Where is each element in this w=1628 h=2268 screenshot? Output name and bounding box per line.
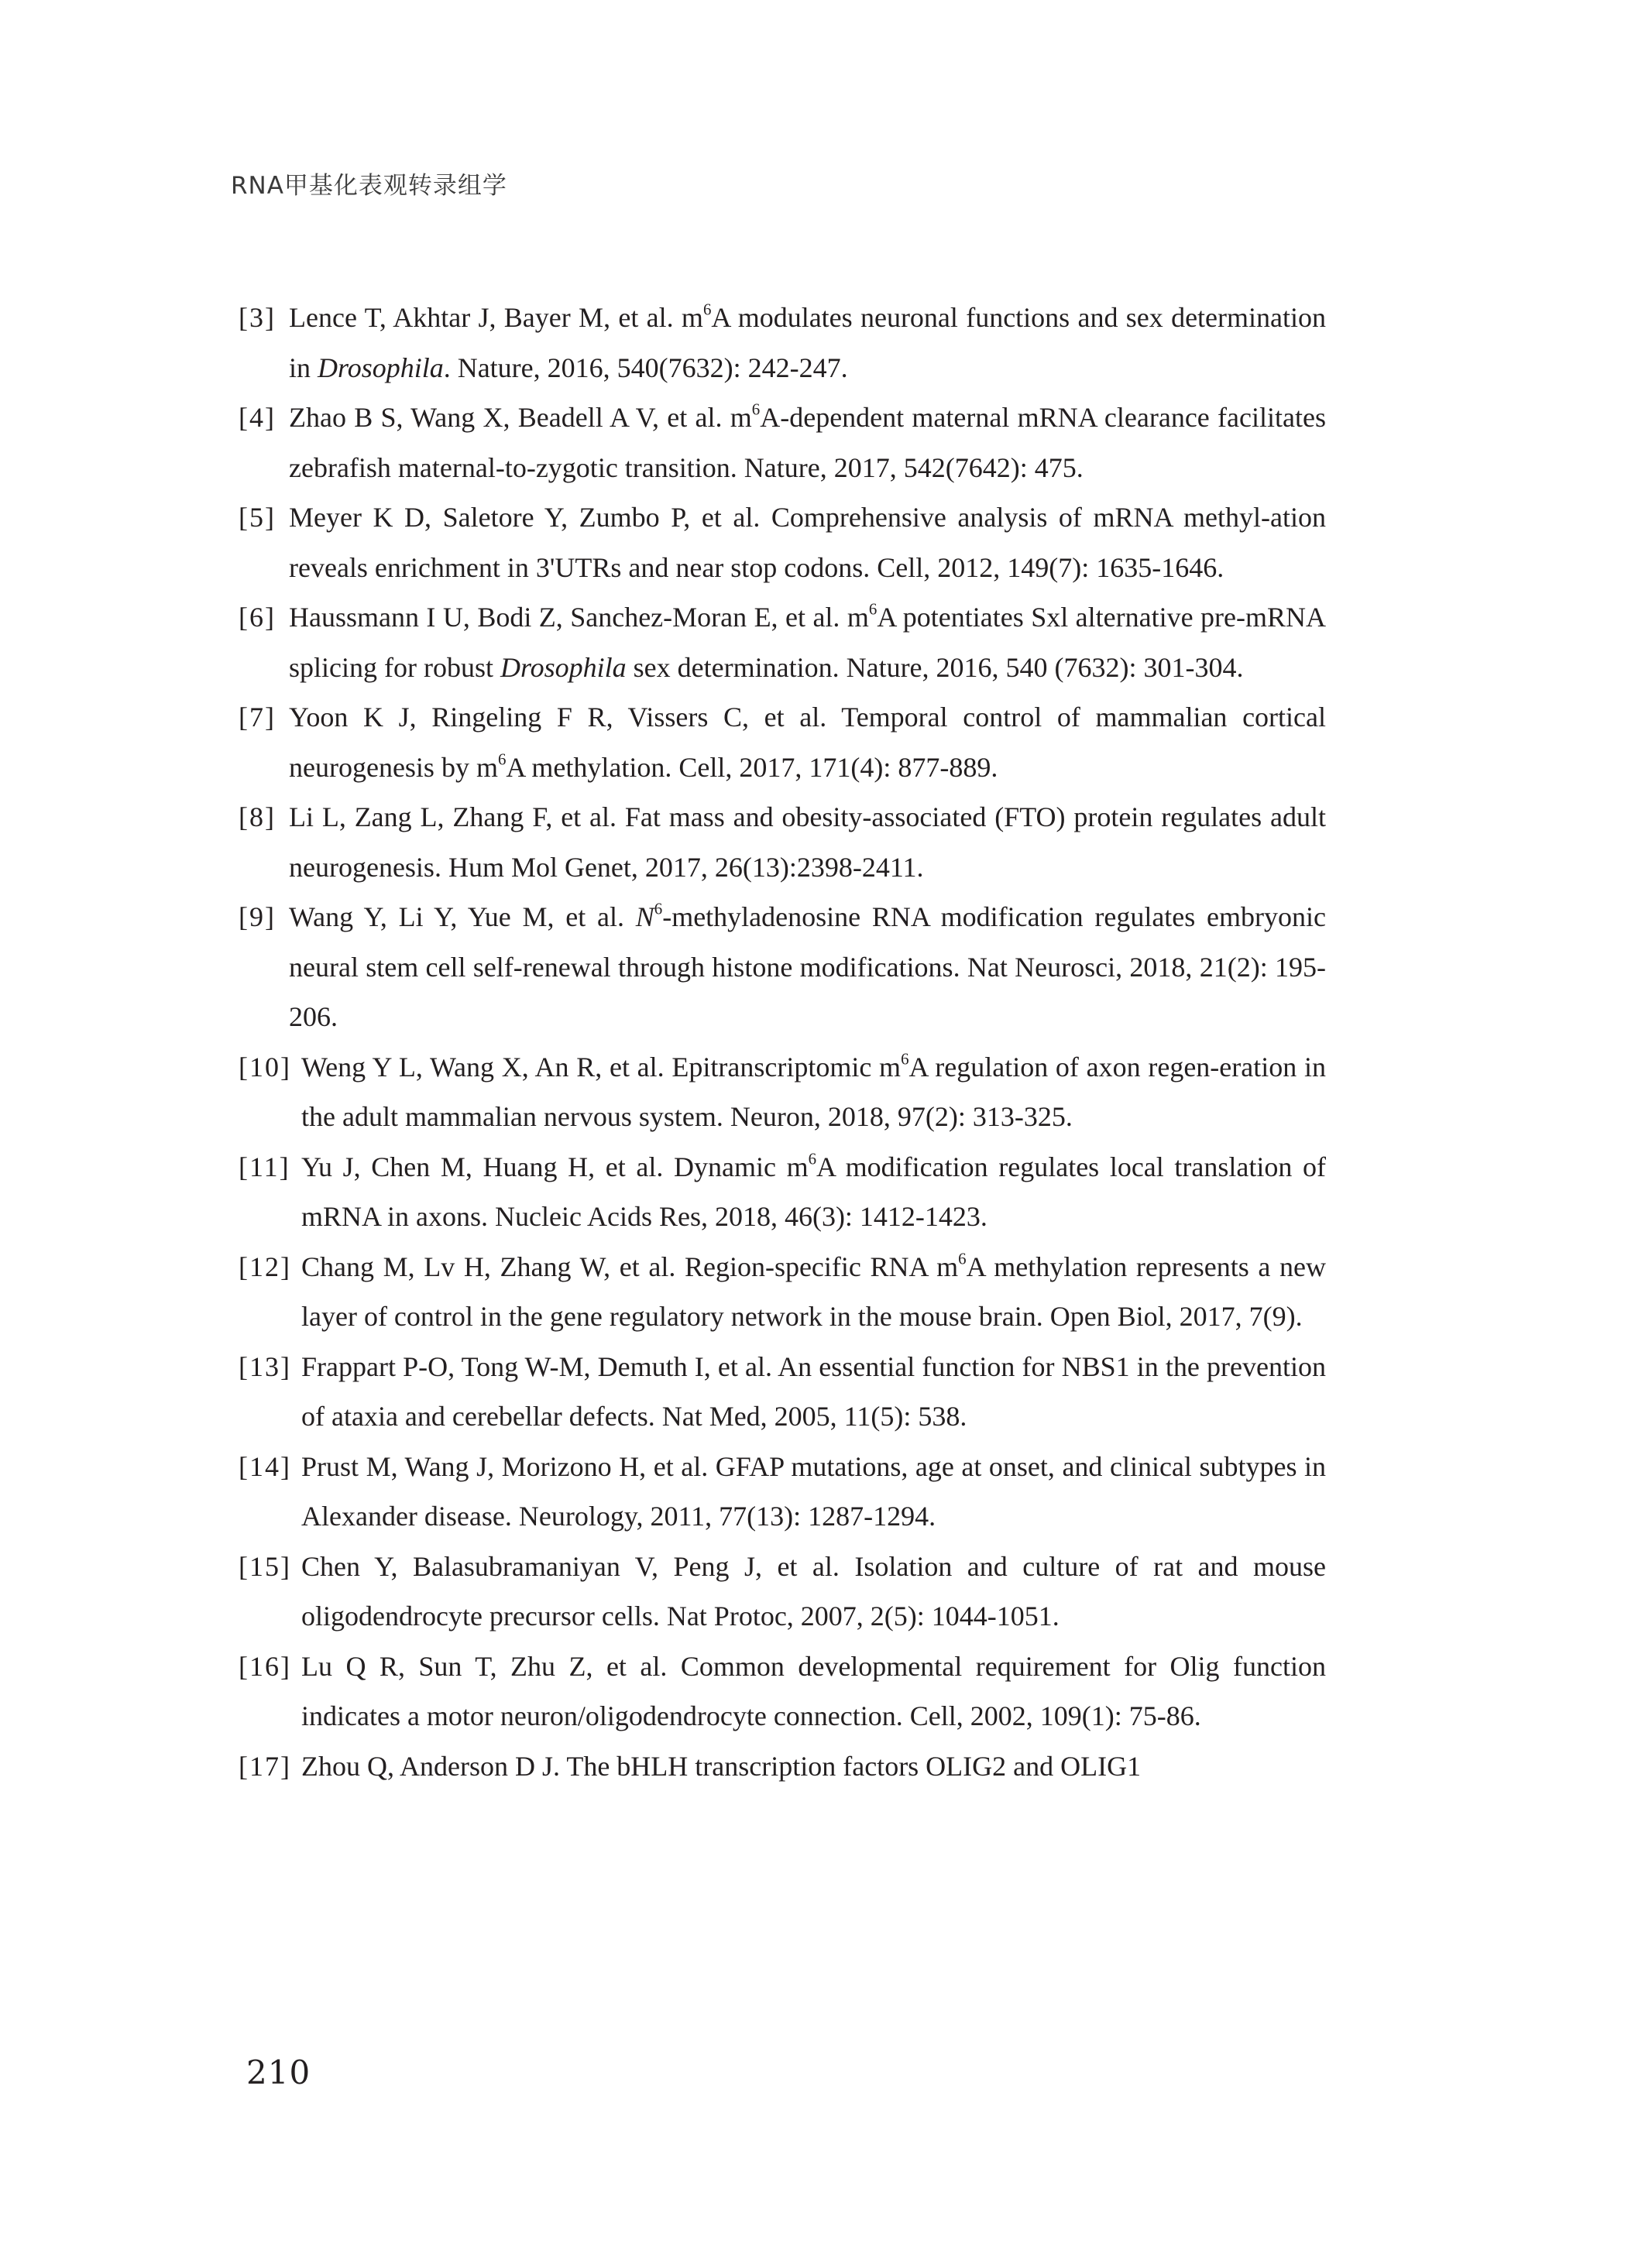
- reference-number: [15]: [239, 1542, 291, 1592]
- reference-text: Weng Y L, Wang X, An R, et al. Epitransc…: [301, 1042, 1326, 1142]
- reference-text: Yu J, Chen M, Huang H, et al. Dynamic m6…: [301, 1142, 1326, 1242]
- reference-item: [14] Prust M, Wang J, Morizono H, et al.…: [239, 1442, 1326, 1542]
- reference-text: Haussmann I U, Bodi Z, Sanchez-Moran E, …: [289, 592, 1326, 692]
- reference-item: [3] Lence T, Akhtar J, Bayer M, et al. m…: [239, 293, 1326, 393]
- running-head-title: RNA甲基化表观转录组学: [231, 166, 507, 201]
- reference-item: [13] Frappart P-O, Tong W-M, Demuth I, e…: [239, 1342, 1326, 1442]
- reference-number: [6]: [239, 592, 276, 643]
- reference-number: [7]: [239, 692, 276, 743]
- reference-item: [10] Weng Y L, Wang X, An R, et al. Epit…: [239, 1042, 1326, 1142]
- reference-list: [3] Lence T, Akhtar J, Bayer M, et al. m…: [239, 293, 1326, 1791]
- reference-text: Li L, Zang L, Zhang F, et al. Fat mass a…: [289, 792, 1326, 892]
- reference-text: Zhou Q, Anderson D J. The bHLH transcrip…: [301, 1741, 1326, 1792]
- reference-number: [12]: [239, 1242, 291, 1292]
- reference-item: [9] Wang Y, Li Y, Yue M, et al. N6-methy…: [239, 892, 1326, 1042]
- reference-text: Lence T, Akhtar J, Bayer M, et al. m6A m…: [289, 293, 1326, 393]
- reference-number: [11]: [239, 1142, 290, 1192]
- reference-number: [14]: [239, 1442, 291, 1492]
- reference-text: Frappart P-O, Tong W-M, Demuth I, et al.…: [301, 1342, 1326, 1442]
- reference-number: [8]: [239, 792, 276, 842]
- reference-item: [16] Lu Q R, Sun T, Zhu Z, et al. Common…: [239, 1642, 1326, 1741]
- reference-item: [15] Chen Y, Balasubramaniyan V, Peng J,…: [239, 1542, 1326, 1642]
- reference-number: [13]: [239, 1342, 291, 1392]
- reference-number: [3]: [239, 293, 276, 343]
- reference-text: Meyer K D, Saletore Y, Zumbo P, et al. C…: [289, 492, 1326, 592]
- reference-text: Zhao B S, Wang X, Beadell A V, et al. m6…: [289, 393, 1326, 492]
- reference-number: [9]: [239, 892, 276, 942]
- reference-text: Lu Q R, Sun T, Zhu Z, et al. Common deve…: [301, 1642, 1326, 1741]
- reference-text: Yoon K J, Ringeling F R, Vissers C, et a…: [289, 692, 1326, 792]
- reference-text: Chen Y, Balasubramaniyan V, Peng J, et a…: [301, 1542, 1326, 1642]
- reference-item: [4] Zhao B S, Wang X, Beadell A V, et al…: [239, 393, 1326, 492]
- page-number: 210: [246, 2054, 311, 2091]
- reference-number: [17]: [239, 1741, 291, 1792]
- reference-number: [5]: [239, 492, 276, 543]
- reference-number: [10]: [239, 1042, 291, 1093]
- reference-item: [17] Zhou Q, Anderson D J. The bHLH tran…: [239, 1741, 1326, 1792]
- reference-text: Wang Y, Li Y, Yue M, et al. N6-methylade…: [289, 892, 1326, 1042]
- reference-item: [12] Chang M, Lv H, Zhang W, et al. Regi…: [239, 1242, 1326, 1342]
- reference-item: [5] Meyer K D, Saletore Y, Zumbo P, et a…: [239, 492, 1326, 592]
- reference-item: [7] Yoon K J, Ringeling F R, Vissers C, …: [239, 692, 1326, 792]
- reference-item: [11] Yu J, Chen M, Huang H, et al. Dynam…: [239, 1142, 1326, 1242]
- reference-text: Prust M, Wang J, Morizono H, et al. GFAP…: [301, 1442, 1326, 1542]
- reference-number: [16]: [239, 1642, 291, 1692]
- reference-item: [6] Haussmann I U, Bodi Z, Sanchez-Moran…: [239, 592, 1326, 692]
- reference-number: [4]: [239, 393, 276, 443]
- reference-item: [8] Li L, Zang L, Zhang F, et al. Fat ma…: [239, 792, 1326, 892]
- reference-text: Chang M, Lv H, Zhang W, et al. Region-sp…: [301, 1242, 1326, 1342]
